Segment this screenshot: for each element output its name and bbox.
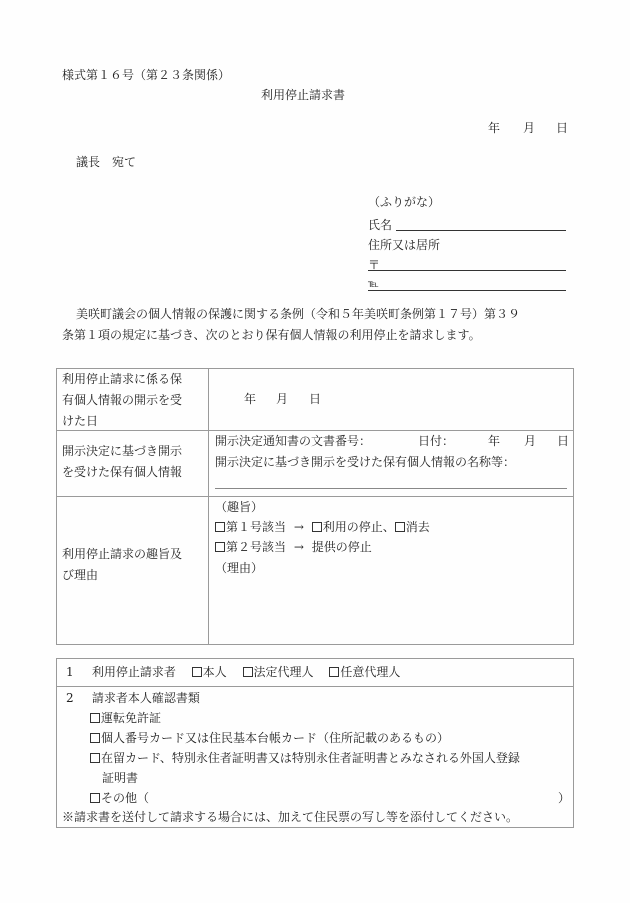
disclosure-date-month: 月	[276, 393, 288, 405]
requester-label: 利用停止請求者	[92, 665, 176, 679]
checkbox-drivers-license[interactable]	[90, 713, 100, 723]
page-title: 利用停止請求書	[261, 89, 345, 101]
item-2-label: 第２号該当	[226, 540, 286, 554]
address-label: 住所又は居所	[368, 239, 440, 251]
reason-field[interactable]	[215, 580, 567, 640]
table1-row-divider-2	[56, 496, 574, 497]
checkbox-other[interactable]	[90, 793, 100, 803]
table2-row-divider	[56, 686, 574, 687]
label-line: けた日	[62, 411, 182, 432]
row-number: 2	[66, 692, 88, 704]
checkbox-stop-use[interactable]	[312, 522, 322, 532]
residence-card-continuation: 証明書	[102, 772, 138, 784]
requester-row: 1 利用停止請求者 本人 法定代理人 任意代理人	[66, 666, 400, 678]
checkbox-self[interactable]	[192, 667, 202, 677]
label-line: を受けた保有個人情報	[62, 462, 182, 483]
legal-agent-label: 法定代理人	[254, 665, 314, 679]
checkbox-my-number-card[interactable]	[90, 733, 100, 743]
disclosed-info-label: 開示決定に基づき開示 を受けた保有個人情報	[62, 441, 182, 483]
disclosure-date-year: 年	[244, 393, 256, 405]
stop-use-label: 利用の停止、	[323, 520, 395, 534]
disclosure-date-label: 利用停止請求に係る保 有個人情報の開示を受 けた日	[62, 369, 182, 432]
intro-line-1: 美咲町議会の個人情報の保護に関する条例（令和５年美咲町条例第１７号）第３９	[76, 308, 520, 320]
checkbox-item-1[interactable]	[215, 522, 225, 532]
id-docs-label: 請求者本人確認書類	[92, 691, 200, 705]
tel-field[interactable]	[368, 290, 566, 291]
residence-card-label: 在留カード、特別永住者証明書又は特別永住者証明書とみなされる外国人登録	[101, 751, 520, 765]
addressee: 議長 宛て	[76, 156, 136, 168]
checkbox-voluntary-agent[interactable]	[329, 667, 339, 677]
checkbox-residence-card[interactable]	[90, 753, 100, 763]
name-field[interactable]	[396, 230, 566, 231]
purpose-option-2: 第２号該当 → 提供の停止	[215, 541, 372, 553]
label-line: 開示決定に基づき開示	[62, 441, 182, 462]
id-doc-my-number-card: 個人番号カード又は住民基本台帳カード（住所記載のあるもの）	[90, 732, 449, 744]
purpose-heading: （趣旨）	[215, 501, 263, 513]
other-field[interactable]	[150, 790, 555, 806]
label-line: 利用停止請求の趣旨及	[62, 544, 182, 565]
header-date-month: 月	[523, 122, 535, 134]
my-number-card-label: 個人番号カード又は住民基本台帳カード（住所記載のあるもの）	[101, 731, 449, 745]
reason-heading: （理由）	[215, 562, 263, 574]
furigana-label: （ふりがな）	[368, 196, 440, 208]
disclosed-info-name-label: 開示決定に基づき開示を受けた保有個人情報の名称等：	[215, 456, 515, 468]
intro-line-2: 条第１項の規定に基づき、次のとおり保有個人情報の利用停止を請求します。	[62, 329, 481, 341]
header-date-year: 年	[488, 122, 500, 134]
header-date-day: 日	[556, 122, 568, 134]
self-label: 本人	[203, 665, 227, 679]
doc-number-label: 開示決定通知書の文書番号：	[215, 435, 371, 447]
id-doc-drivers-license: 運転免許証	[90, 712, 161, 724]
table1-column-divider	[208, 368, 209, 645]
stop-provision-label: 提供の停止	[312, 540, 372, 554]
label-line: 利用停止請求に係る保	[62, 369, 182, 390]
disclosure-date-day: 日	[309, 393, 321, 405]
form-number: 様式第１６号（第２３条関係）	[62, 69, 230, 81]
arrow-icon: →	[294, 520, 304, 534]
other-label: その他（	[101, 791, 149, 805]
notice-date-label: 日付：	[418, 435, 454, 447]
tel-label: ℡	[368, 280, 379, 290]
address-field[interactable]	[368, 270, 566, 271]
checkbox-legal-agent[interactable]	[243, 667, 253, 677]
purpose-option-1: 第１号該当 → 利用の停止、消去	[215, 521, 430, 533]
erase-label: 消去	[406, 520, 430, 534]
drivers-license-label: 運転免許証	[101, 711, 161, 725]
notice-date-month: 月	[524, 435, 536, 447]
mailing-note: ※請求書を送付して請求する場合には、加えて住民票の写し等を添付してください。	[62, 811, 518, 823]
item-1-label: 第１号該当	[226, 520, 286, 534]
id-doc-residence-card: 在留カード、特別永住者証明書又は特別永住者証明書とみなされる外国人登録	[90, 752, 520, 764]
name-label: 氏名	[368, 219, 392, 231]
arrow-icon: →	[294, 540, 304, 554]
checkbox-erase[interactable]	[395, 522, 405, 532]
id-doc-other: その他（	[90, 792, 149, 804]
notice-date-year: 年	[488, 435, 500, 447]
other-close-paren: ）	[558, 792, 570, 804]
checkbox-item-2[interactable]	[215, 542, 225, 552]
label-line: 有個人情報の開示を受	[62, 390, 182, 411]
notice-date-day: 日	[557, 435, 569, 447]
label-line: び理由	[62, 565, 182, 586]
disclosed-info-name-field[interactable]	[215, 488, 567, 489]
voluntary-agent-label: 任意代理人	[340, 665, 400, 679]
row-number: 1	[66, 666, 88, 678]
purpose-reason-label: 利用停止請求の趣旨及 び理由	[62, 544, 182, 586]
id-docs-heading: 2 請求者本人確認書類	[66, 692, 200, 704]
